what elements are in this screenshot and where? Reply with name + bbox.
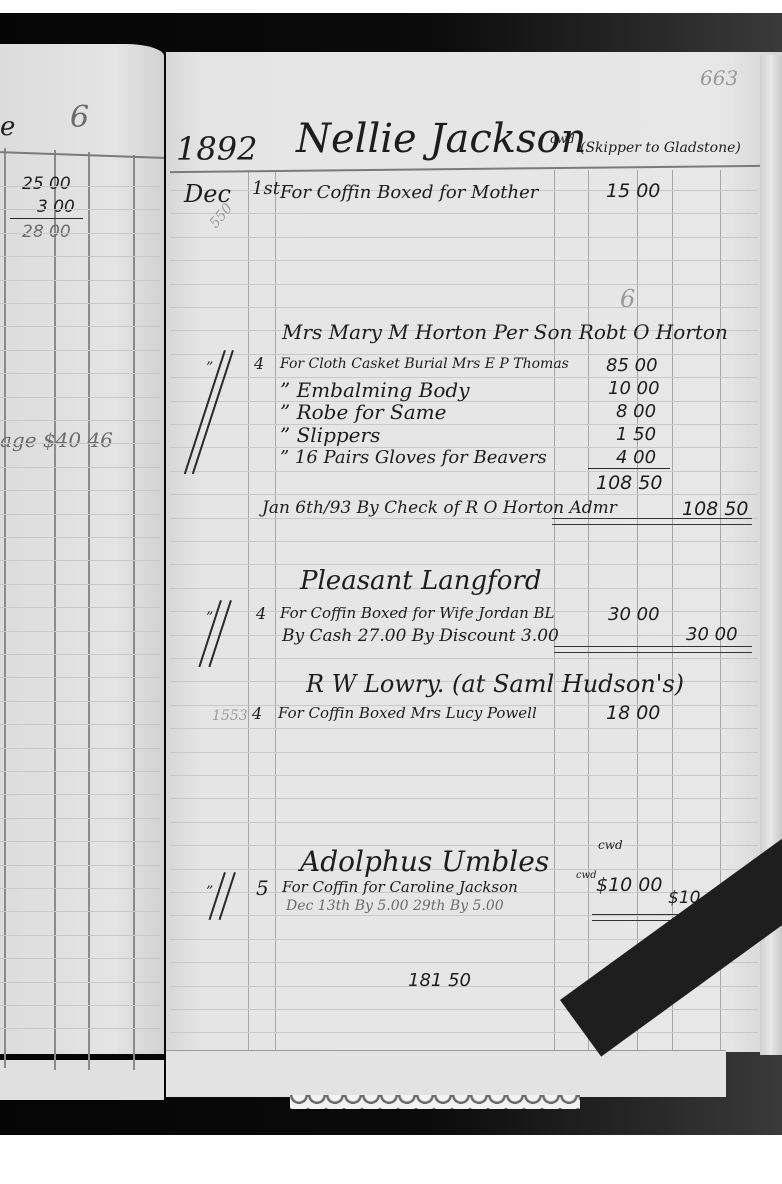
ledger-line: [170, 658, 758, 659]
ledger-line: [0, 560, 160, 561]
ledger-line: [0, 654, 160, 655]
entry-description: ” Robe for Same: [280, 400, 446, 424]
ledger-line: [170, 424, 758, 425]
ledger-line: [0, 537, 160, 538]
ledger-line: [0, 888, 160, 889]
ledger-line: [170, 1009, 758, 1010]
ledger-line: [0, 420, 160, 421]
ledger-line: [0, 701, 160, 702]
ledger-line: [0, 303, 160, 304]
ledger-line: [0, 631, 160, 632]
ledger-line: [170, 728, 758, 729]
entry-description: ” Slippers: [280, 423, 380, 447]
entry-debit: 15 00: [606, 180, 660, 202]
entry-day: 4: [256, 604, 266, 623]
ledger-line: [0, 724, 160, 725]
left-note: age $40 46: [0, 428, 113, 452]
payment-description: Dec 13th By 5.00 29th By 5.00: [286, 898, 504, 914]
ledger-line: [0, 584, 160, 585]
left-page: [0, 44, 164, 1054]
ledger-line: [0, 911, 160, 912]
entry-debit: 4 00: [616, 447, 656, 468]
ledger-line: [170, 213, 758, 214]
account-total: 108 50: [596, 472, 662, 494]
entry-day: 1st: [252, 178, 280, 199]
ditto-mark: ”: [206, 360, 213, 376]
ledger-line: [0, 771, 160, 772]
entry-superscript: cwd: [576, 870, 597, 881]
ledger-line: [170, 260, 758, 261]
ledger-line: [0, 748, 160, 749]
ledger-line: [0, 490, 160, 491]
ledger-line: [0, 233, 160, 234]
sum-rule: [588, 468, 670, 469]
ledger-line: [0, 935, 160, 936]
account-superscript: cwd: [598, 838, 623, 852]
debit-column-rule: [588, 170, 589, 1050]
ledger-line: [170, 775, 758, 776]
ledger-line: [0, 1005, 160, 1006]
ledger-line: [0, 841, 160, 842]
entry-description: For Coffin Boxed Mrs Lucy Powell: [278, 704, 537, 722]
ditto-mark: ”: [206, 884, 213, 900]
entry-debit: 1 50: [616, 424, 656, 445]
day-column-rule: [275, 170, 276, 1050]
entry-day: 4: [254, 354, 264, 373]
year: 1892: [176, 130, 257, 168]
ledger-line: [170, 564, 758, 565]
ledger-line: [0, 443, 160, 444]
account-name: R W Lowry. (at Saml Hudson's): [306, 670, 684, 698]
ledger-line: [170, 822, 758, 823]
ledger-line: [0, 1028, 160, 1029]
left-header-mark: 6: [70, 100, 89, 135]
entry-description: For Coffin for Caroline Jackson: [282, 878, 518, 896]
settled-double-rule: [552, 518, 752, 525]
entry-description: ” 16 Pairs Gloves for Beavers: [280, 447, 547, 468]
ledger-line: [170, 541, 758, 542]
ledger-line: [0, 794, 160, 795]
ledger-line: [0, 818, 160, 819]
left-sum-rule: [10, 218, 83, 219]
entry-description: For Coffin Boxed for Mother: [280, 182, 538, 203]
ledger-line: [170, 237, 758, 238]
entry-day: 4: [252, 704, 262, 723]
account-name: Adolphus Umbles: [300, 845, 549, 878]
account-name: Nellie Jackson: [296, 116, 586, 162]
ledger-line: [170, 494, 758, 495]
ledger-line: [0, 326, 160, 327]
ledger-line: [0, 958, 160, 959]
entry-debit: 30 00: [608, 604, 660, 625]
account-name: Pleasant Langford: [300, 566, 542, 596]
ledger-line: [0, 514, 160, 515]
ledger-line: [0, 350, 160, 351]
ledger-line: [0, 865, 160, 866]
entry-day: 5: [256, 876, 269, 900]
page-footer-total: 181 50: [408, 970, 471, 991]
payment-credit: 30 00: [686, 624, 738, 645]
ledger-line: [170, 752, 758, 753]
payment-credit: 108 50: [682, 498, 748, 520]
entry-debit: 8 00: [616, 401, 656, 422]
entry-description: ” Embalming Body: [280, 378, 470, 402]
account-superscript: cwd: [550, 132, 575, 146]
marbled-edge: [290, 1095, 580, 1109]
account-note: (Skipper to Gladstone): [580, 140, 741, 156]
ledger-line: [0, 186, 160, 187]
entry-debit: $10 00: [596, 874, 662, 896]
left-column-rule: [88, 152, 90, 1070]
ledger-line: [170, 798, 758, 799]
margin-mark: 6: [620, 285, 635, 313]
ledger-line: [170, 284, 758, 285]
entry-debit: 85 00: [606, 355, 658, 376]
left-amount: 3 00: [37, 197, 75, 217]
ledger-line: [0, 209, 160, 210]
left-amount: 25 00: [22, 174, 71, 194]
entry-description: For Cloth Casket Burial Mrs E P Thomas: [280, 356, 569, 372]
date-column-rule: [248, 170, 249, 1050]
payment-description: By Cash 27.00 By Discount 3.00: [282, 626, 559, 646]
page-number: 663: [700, 66, 738, 90]
left-header-fragment: e: [0, 112, 15, 142]
ledger-line: [0, 256, 160, 257]
page-edge-stack: [166, 1050, 726, 1097]
margin-mark: 1553: [212, 708, 248, 724]
ledger-line: [0, 677, 160, 678]
left-page-edge-stack: [0, 1060, 164, 1100]
entry-debit: 18 00: [606, 702, 660, 724]
settled-double-rule: [554, 646, 752, 653]
left-amount-total: 28 00: [22, 222, 71, 242]
left-column-rule: [133, 155, 135, 1070]
account-name: Mrs Mary M Horton Per Son Robt O Horton: [282, 320, 728, 344]
ledger-line: [0, 982, 160, 983]
ledger-line: [0, 280, 160, 281]
ledger-line: [0, 607, 160, 608]
ledger-line: [170, 471, 758, 472]
ledger-line: [0, 397, 160, 398]
ledger-line: [0, 467, 160, 468]
ledger-line: [0, 373, 160, 374]
ledger-line: [170, 307, 758, 308]
ledger-line: [170, 1032, 758, 1033]
left-column-rule: [4, 148, 6, 1068]
entry-debit: 10 00: [608, 378, 660, 399]
payment-description: Jan 6th/93 By Check of R O Horton Admr: [262, 498, 617, 518]
entry-description: For Coffin Boxed for Wife Jordan BL: [280, 604, 555, 622]
left-column-rule: [54, 150, 56, 1070]
